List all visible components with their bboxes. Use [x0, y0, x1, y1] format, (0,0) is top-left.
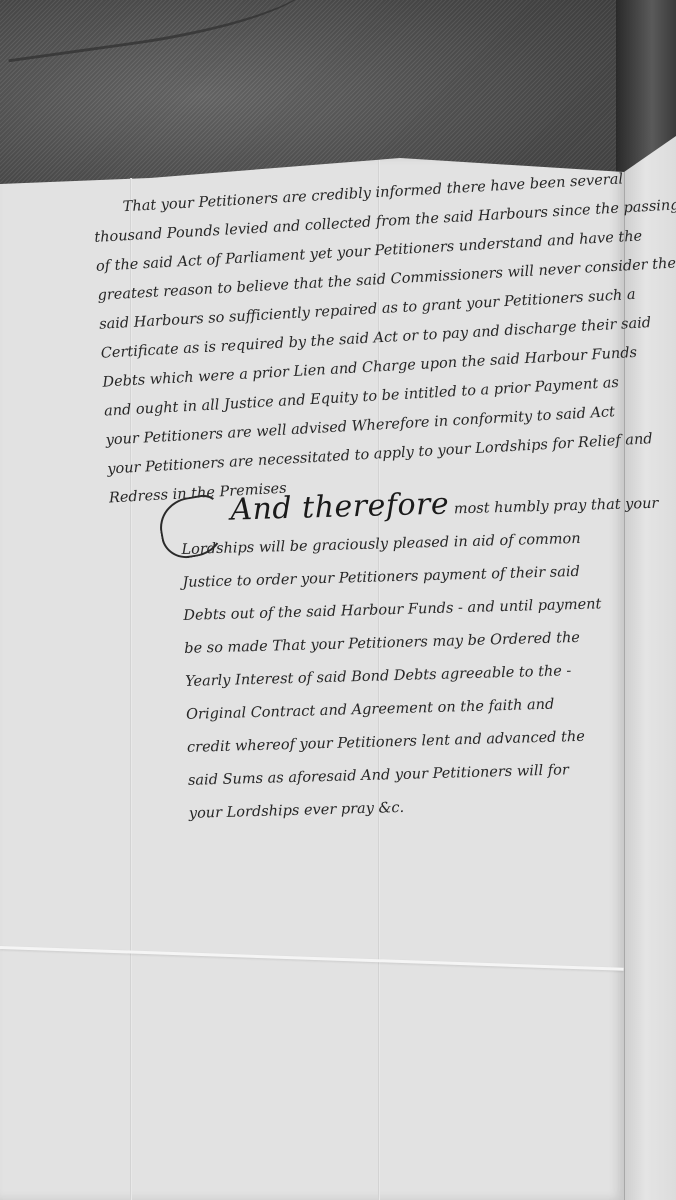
petition-paragraph-1: That your Petitioners are credibly infor… — [92, 162, 676, 513]
petition-prayer-paragraph: And therefore most humbly pray that your… — [180, 482, 667, 831]
cloth-seam — [0, 0, 316, 62]
opening-flourish-text: And therefore — [230, 486, 450, 527]
text-fragment: most humbly pray that your — [454, 496, 659, 518]
